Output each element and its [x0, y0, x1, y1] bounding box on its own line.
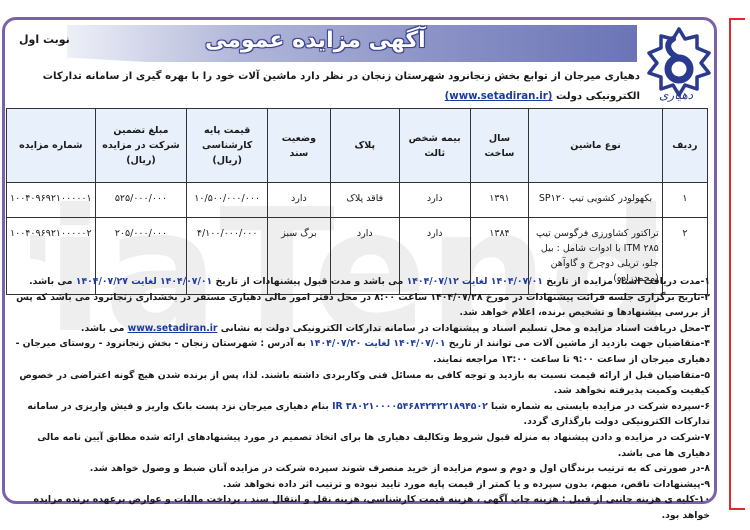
- cell-auction-no: ۱۰۰۴۰۹۶۹۲۱۰۰۰۰۰۱: [7, 183, 96, 218]
- col-row: ردیف: [662, 109, 707, 183]
- col-plate: پلاک: [330, 109, 399, 183]
- cell-guarantee: ۵۲۵/۰۰۰/۰۰۰: [95, 183, 187, 218]
- setadiran-link[interactable]: (www.setadiran.ir): [445, 91, 553, 102]
- condition-9: ۹-پیشنهادات ناقص، مبهم، بدون سپرده و یا …: [10, 477, 710, 493]
- condition-4: ۴-متقاضیان جهت بازدید از ماشین آلات می ت…: [10, 336, 710, 367]
- col-document: وضعیت سند: [268, 109, 331, 183]
- condition-1-text-c: می باشد.: [29, 276, 72, 287]
- page-title: آگهی مزایده عمومی: [205, 28, 426, 53]
- table-header-row: ردیف نوع ماشین سال ساخت بیمه شخص ثالث پل…: [7, 109, 708, 183]
- condition-3-text: ۳-محل دریافت اسناد مزایده و محل تسلیم اس…: [221, 323, 710, 334]
- condition-4-visit-dates: ۱۴۰۴/۰۷/۰۱ لغایت ۱۴۰۴/۰۷/۲۰: [309, 338, 445, 349]
- cell-machine: بکهولودر کشویی تیپ SP۱۲۰: [529, 183, 662, 218]
- condition-1-docs-dates: ۱۴۰۴/۰۷/۰۱ لغایت ۱۴۰۴/۰۷/۱۲: [407, 276, 543, 287]
- condition-8: ۸-در صورتی که به ترتیب برندگان اول و دوم…: [10, 461, 710, 477]
- cell-year: ۱۳۹۱: [470, 183, 529, 218]
- condition-10: ۱۰-کلیه ی هزینه جانبی از قبیل : هزینه چا…: [10, 492, 710, 523]
- condition-6: ۶-سپرده شرکت در مزایده بایستی به شماره ش…: [10, 399, 710, 430]
- cell-plate: فاقد پلاک: [330, 183, 399, 218]
- cell-base-price: ۱۰/۵۰۰/۰۰۰/۰۰۰: [187, 183, 268, 218]
- condition-1: ۱-مدت دریافت اسناد مزایده از تاریخ ۱۴۰۴/…: [10, 274, 710, 290]
- red-side-border: [729, 18, 745, 510]
- col-machine: نوع ماشین: [529, 109, 662, 183]
- machines-table: ردیف نوع ماشین سال ساخت بیمه شخص ثالث پل…: [6, 108, 708, 295]
- condition-7: ۷-شرکت در مزایده و دادن پیشنهاد به منزله…: [10, 430, 710, 461]
- condition-3: ۳-محل دریافت اسناد مزایده و محل تسلیم اس…: [10, 321, 710, 337]
- col-insurance: بیمه شخص ثالث: [399, 109, 470, 183]
- round-label: نوبت اول: [19, 33, 70, 46]
- col-base-price: قیمت پایه کارشناسی (ریال): [187, 109, 268, 183]
- condition-5: ۵-متقاضیان قبل از ارائه قیمت نسبت به باز…: [10, 368, 710, 399]
- setadiran-link-2[interactable]: www.setadiran.ir: [128, 323, 218, 334]
- cell-row: ۱: [662, 183, 707, 218]
- cell-document: دارد: [268, 183, 331, 218]
- col-guarantee: مبلغ تضمین شرکت در مزایده (ریال): [95, 109, 187, 183]
- condition-2: ۲-تاریخ برگزاری جلسه قرائت پیشنهادات در …: [10, 290, 710, 321]
- condition-1-text: ۱-مدت دریافت اسناد مزایده از تاریخ: [546, 276, 710, 287]
- condition-1-text-b: می باشد و مدت قبول پیشنهادات از تاریخ: [215, 276, 403, 287]
- table-row: ۱ بکهولودر کشویی تیپ SP۱۲۰ ۱۳۹۱ دارد فاق…: [7, 183, 708, 218]
- cell-insurance: دارد: [399, 183, 470, 218]
- conditions-list: ۱-مدت دریافت اسناد مزایده از تاریخ ۱۴۰۴/…: [10, 274, 710, 524]
- col-auction-no: شماره مزایده: [7, 109, 96, 183]
- condition-6-iban: IR ۳۸۰۲۱۰۰۰۰۵۴۶۸۴۲۴۲۲۱۸۹۴۵۰۲: [332, 401, 488, 412]
- condition-6-text: ۶-سپرده شرکت در مزایده بایستی به شماره ش…: [491, 401, 710, 412]
- condition-3-text-b: می باشد.: [81, 323, 124, 334]
- condition-1-offers-dates: ۱۴۰۴/۰۷/۰۱ لغایت ۱۴۰۴/۰۷/۲۷: [76, 276, 212, 287]
- logo-caption: دهیاری: [659, 88, 693, 102]
- col-year: سال ساخت: [470, 109, 529, 183]
- condition-4-text: ۴-متقاضیان جهت بازدید از ماشین آلات می ت…: [449, 338, 710, 349]
